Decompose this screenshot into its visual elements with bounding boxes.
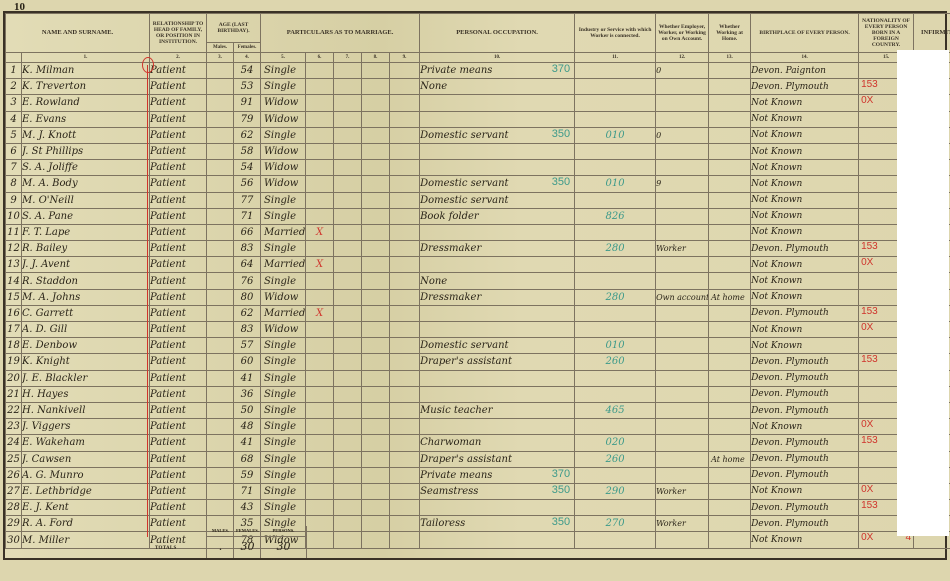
column-number: 13.	[709, 53, 751, 63]
birthplace-code: 153	[861, 500, 878, 511]
relationship: Patient	[150, 95, 207, 111]
working-at-home	[709, 63, 751, 79]
marriage-col-7	[334, 176, 362, 192]
column-number: 1.	[22, 53, 150, 63]
relationship: Patient	[150, 305, 207, 321]
working-at-home: At home	[709, 451, 751, 467]
age-female: 80	[234, 289, 261, 305]
row-number: 20	[6, 370, 22, 386]
marriage-col-9	[390, 257, 420, 273]
birthplace: Not Known	[751, 160, 859, 176]
marital-status: Single	[261, 386, 306, 402]
age-female: 56	[234, 176, 261, 192]
relationship: Patient	[150, 370, 207, 386]
relationship: Patient	[150, 224, 207, 240]
relationship: Patient	[150, 322, 207, 338]
row-number: 25	[6, 451, 22, 467]
age-male	[207, 95, 234, 111]
marriage-col-9	[390, 127, 420, 143]
header-employer: Whether Employer, Worker, or Working on …	[656, 14, 709, 53]
person-name: C. Garrett	[22, 305, 150, 321]
row-number: 13	[6, 257, 22, 273]
industry-code: 010	[575, 127, 656, 143]
age-female: 77	[234, 192, 261, 208]
row-number: 18	[6, 338, 22, 354]
header-nationality: NATIONALITY of every Person born in a Fo…	[859, 14, 914, 53]
age-female: 68	[234, 451, 261, 467]
marriage-mark: X	[306, 224, 334, 240]
marriage-col-8	[362, 176, 390, 192]
column-number: 9.	[390, 53, 420, 63]
working-at-home	[709, 111, 751, 127]
employment-status	[656, 224, 709, 240]
marriage-col-7	[334, 289, 362, 305]
birthplace: Devon. Plymouth	[751, 354, 859, 370]
marriage-col-7	[334, 338, 362, 354]
marital-status: Widow	[261, 95, 306, 111]
occupation: None	[420, 79, 575, 95]
header-at-home: Whether Working at Home.	[709, 14, 751, 53]
industry-code: 465	[575, 402, 656, 418]
column-number: 3.	[207, 53, 234, 63]
industry-code: 020	[575, 435, 656, 451]
employment-status	[656, 338, 709, 354]
marriage-col-9	[390, 338, 420, 354]
totals-persons-label: PERSONS.	[261, 526, 306, 537]
age-female: 41	[234, 435, 261, 451]
column-number: 5.	[261, 53, 306, 63]
occupation: Dressmaker	[420, 289, 575, 305]
age-male	[207, 305, 234, 321]
working-at-home	[709, 419, 751, 435]
working-at-home	[709, 143, 751, 159]
marriage-mark	[306, 79, 334, 95]
working-at-home	[709, 500, 751, 516]
marital-status: Widow	[261, 143, 306, 159]
person-name: K. Milman	[22, 63, 150, 79]
occupation: Dressmaker	[420, 241, 575, 257]
age-female: 62	[234, 127, 261, 143]
birthplace-text: Not Known	[751, 179, 802, 189]
marriage-mark	[306, 127, 334, 143]
marriage-col-8	[362, 257, 390, 273]
age-male	[207, 127, 234, 143]
column-number: 4.	[234, 53, 261, 63]
employment-status	[656, 370, 709, 386]
age-male	[207, 160, 234, 176]
person-name: E. Rowland	[22, 95, 150, 111]
age-male	[207, 289, 234, 305]
birthplace-text: Not Known	[751, 147, 802, 157]
occupation: None	[420, 273, 575, 289]
marriage-col-7	[334, 500, 362, 516]
birthplace-text: Not Known	[751, 130, 802, 140]
age-female: 76	[234, 273, 261, 289]
marriage-col-8	[362, 370, 390, 386]
age-male	[207, 322, 234, 338]
working-at-home	[709, 273, 751, 289]
age-male	[207, 354, 234, 370]
age-female: 36	[234, 386, 261, 402]
marriage-col-7	[334, 467, 362, 483]
relationship: Patient	[150, 176, 207, 192]
birthplace-code: 153	[861, 79, 878, 90]
marital-status: Single	[261, 192, 306, 208]
marriage-col-9	[390, 79, 420, 95]
marital-status: Single	[261, 483, 306, 499]
age-male	[207, 402, 234, 418]
marital-status: Single	[261, 500, 306, 516]
marriage-mark	[306, 63, 334, 79]
relationship: Patient	[150, 500, 207, 516]
occupation	[420, 419, 575, 435]
occupation	[420, 257, 575, 273]
occupation: Domestic servant	[420, 192, 575, 208]
employment-status	[656, 435, 709, 451]
marital-status: Single	[261, 338, 306, 354]
birthplace-code: 153	[861, 306, 878, 317]
marriage-col-8	[362, 95, 390, 111]
industry-code	[575, 273, 656, 289]
marriage-col-9	[390, 160, 420, 176]
birthplace-text: Not Known	[751, 114, 802, 124]
row-number: 12	[6, 241, 22, 257]
totals-section: TOTALS MALES. . FEMALES. 30 PERSONS. 30	[5, 526, 945, 558]
red-margin-line	[147, 65, 148, 537]
birthplace: Not Known	[751, 127, 859, 143]
occupation: Book folder	[420, 208, 575, 224]
marital-status: Single	[261, 208, 306, 224]
person-name: R. Staddon	[22, 273, 150, 289]
industry-code	[575, 160, 656, 176]
employment-status	[656, 273, 709, 289]
employment-status	[656, 402, 709, 418]
marital-status: Single	[261, 467, 306, 483]
occupation-text: Book folder	[420, 211, 479, 222]
industry-code	[575, 79, 656, 95]
person-name: E. Wakeham	[22, 435, 150, 451]
birthplace: Devon. Plymouth	[751, 79, 859, 95]
age-male	[207, 500, 234, 516]
marriage-col-9	[390, 111, 420, 127]
working-at-home	[709, 208, 751, 224]
marriage-mark	[306, 208, 334, 224]
row-number: 11	[6, 224, 22, 240]
age-male	[207, 273, 234, 289]
relationship: Patient	[150, 273, 207, 289]
birthplace: Devon. Paignton	[751, 63, 859, 79]
marriage-col-8	[362, 305, 390, 321]
occupation-code: 350	[552, 128, 570, 140]
occupation-code: 370	[552, 63, 570, 75]
marriage-col-8	[362, 322, 390, 338]
occupation-text: Draper's assistant	[420, 356, 512, 367]
occupation-text: Private means	[420, 470, 492, 481]
row-number: 9	[6, 192, 22, 208]
person-name: E. Evans	[22, 111, 150, 127]
occupation: Private means 370	[420, 467, 575, 483]
age-male	[207, 435, 234, 451]
totals-label: TOTALS	[155, 546, 177, 551]
marriage-col-8	[362, 192, 390, 208]
marriage-col-9	[390, 354, 420, 370]
infirmity-redacted-area	[897, 50, 949, 536]
employment-status	[656, 192, 709, 208]
marriage-col-8	[362, 483, 390, 499]
row-number: 5	[6, 127, 22, 143]
employment-status	[656, 111, 709, 127]
person-name: K. Knight	[22, 354, 150, 370]
person-name: M. O'Neill	[22, 192, 150, 208]
employment-status	[656, 451, 709, 467]
age-female: 62	[234, 305, 261, 321]
marriage-col-8	[362, 160, 390, 176]
person-name: F. T. Lape	[22, 224, 150, 240]
person-name: A. G. Munro	[22, 467, 150, 483]
industry-code	[575, 322, 656, 338]
birthplace-text: Devon. Plymouth	[751, 244, 829, 254]
marital-status: Widow	[261, 176, 306, 192]
occupation-text: Private means	[420, 65, 492, 76]
age-male	[207, 386, 234, 402]
marriage-mark	[306, 402, 334, 418]
marriage-mark	[306, 451, 334, 467]
marital-status: Widow	[261, 322, 306, 338]
marriage-col-7	[334, 111, 362, 127]
employment-status: Own account	[656, 289, 709, 305]
occupation-text: Draper's assistant	[420, 454, 512, 465]
person-name: E. J. Kent	[22, 500, 150, 516]
occupation: Domestic servant 350	[420, 127, 575, 143]
working-at-home	[709, 338, 751, 354]
person-name: M. A. Johns	[22, 289, 150, 305]
occupation-text: Seamstress	[420, 486, 478, 497]
industry-code	[575, 192, 656, 208]
marriage-mark: X	[306, 305, 334, 321]
occupation	[420, 500, 575, 516]
marriage-col-7	[334, 402, 362, 418]
age-male	[207, 370, 234, 386]
column-number: 12.	[656, 53, 709, 63]
age-female: 54	[234, 160, 261, 176]
employment-status	[656, 160, 709, 176]
marriage-col-9	[390, 483, 420, 499]
row-number: 24	[6, 435, 22, 451]
marriage-col-8	[362, 241, 390, 257]
marriage-col-9	[390, 176, 420, 192]
marriage-col-7	[334, 451, 362, 467]
marriage-mark	[306, 467, 334, 483]
column-number: 7.	[334, 53, 362, 63]
age-male	[207, 467, 234, 483]
column-number: 8.	[362, 53, 390, 63]
age-male	[207, 63, 234, 79]
marriage-mark: X	[306, 257, 334, 273]
occupation: Draper's assistant	[420, 451, 575, 467]
birthplace-text: Not Known	[751, 227, 802, 237]
marriage-col-9	[390, 402, 420, 418]
marriage-col-8	[362, 79, 390, 95]
marriage-mark	[306, 419, 334, 435]
marital-status: Single	[261, 79, 306, 95]
relationship: Patient	[150, 338, 207, 354]
industry-code	[575, 500, 656, 516]
employment-status	[656, 500, 709, 516]
working-at-home	[709, 95, 751, 111]
employment-status	[656, 322, 709, 338]
header-birthplace: BIRTHPLACE of every Person.	[751, 14, 859, 53]
marriage-col-9	[390, 451, 420, 467]
birthplace-text: Not Known	[751, 325, 802, 335]
marital-status: Widow	[261, 289, 306, 305]
birthplace: Devon. Plymouth	[751, 435, 859, 451]
relationship: Patient	[150, 111, 207, 127]
person-name: J. Cawsen	[22, 451, 150, 467]
marriage-col-9	[390, 386, 420, 402]
marriage-col-9	[390, 273, 420, 289]
marriage-col-8	[362, 435, 390, 451]
birthplace: Not Known	[751, 273, 859, 289]
row-number: 22	[6, 402, 22, 418]
birthplace-text: Devon. Plymouth	[751, 438, 829, 448]
occupation	[420, 305, 575, 321]
birthplace-text: Devon. Plymouth	[751, 389, 829, 399]
marriage-col-8	[362, 273, 390, 289]
age-female: 53	[234, 79, 261, 95]
marriage-col-9	[390, 192, 420, 208]
industry-code	[575, 370, 656, 386]
marriage-col-9	[390, 435, 420, 451]
age-male	[207, 224, 234, 240]
marriage-col-8	[362, 143, 390, 159]
marriage-col-7	[334, 419, 362, 435]
marriage-col-7	[334, 435, 362, 451]
age-female: 41	[234, 370, 261, 386]
occupation-text: Domestic servant	[420, 195, 508, 206]
employment-status	[656, 467, 709, 483]
age-female: 59	[234, 467, 261, 483]
birthplace-code: 0X	[861, 95, 873, 106]
row-number: 10	[6, 208, 22, 224]
marriage-col-9	[390, 95, 420, 111]
working-at-home	[709, 322, 751, 338]
occupation-text: Domestic servant	[420, 178, 508, 189]
occupation-text: Dressmaker	[420, 292, 481, 303]
row-number: 17	[6, 322, 22, 338]
marriage-mark	[306, 143, 334, 159]
person-name: H. Nankivell	[22, 402, 150, 418]
employment-status	[656, 305, 709, 321]
marriage-col-8	[362, 467, 390, 483]
marriage-mark	[306, 500, 334, 516]
marriage-col-9	[390, 322, 420, 338]
age-female: 54	[234, 63, 261, 79]
header-relationship: RELATIONSHIP to Head of Family, or Posit…	[150, 14, 207, 53]
industry-code: 260	[575, 354, 656, 370]
age-female: 60	[234, 354, 261, 370]
industry-code	[575, 386, 656, 402]
totals-females: FEMALES. 30	[233, 526, 261, 558]
industry-code: 280	[575, 289, 656, 305]
age-male	[207, 419, 234, 435]
marital-status: Married	[261, 257, 306, 273]
age-male	[207, 241, 234, 257]
marital-status: Single	[261, 127, 306, 143]
age-male	[207, 451, 234, 467]
industry-code	[575, 143, 656, 159]
age-female: 83	[234, 241, 261, 257]
employment-status	[656, 143, 709, 159]
column-number: 2.	[150, 53, 207, 63]
age-male	[207, 192, 234, 208]
person-name: A. D. Gill	[22, 322, 150, 338]
marriage-col-7	[334, 160, 362, 176]
birthplace-text: Devon. Plymouth	[751, 454, 829, 464]
marriage-col-8	[362, 111, 390, 127]
relationship: Patient	[150, 208, 207, 224]
age-female: 50	[234, 402, 261, 418]
marriage-col-7	[334, 143, 362, 159]
birthplace-code: 153	[861, 435, 878, 446]
employment-status: Worker	[656, 483, 709, 499]
row-number: 16	[6, 305, 22, 321]
industry-code: 290	[575, 483, 656, 499]
relationship: Patient	[150, 63, 207, 79]
marriage-mark	[306, 176, 334, 192]
marriage-mark	[306, 273, 334, 289]
relationship: Patient	[150, 451, 207, 467]
age-female: 43	[234, 500, 261, 516]
marriage-col-7	[334, 63, 362, 79]
employment-status	[656, 79, 709, 95]
working-at-home	[709, 402, 751, 418]
marriage-col-7	[334, 322, 362, 338]
relationship: Patient	[150, 483, 207, 499]
marriage-col-8	[362, 338, 390, 354]
marriage-col-7	[334, 192, 362, 208]
marriage-col-7	[334, 208, 362, 224]
column-number: 6.	[306, 53, 334, 63]
employment-status: Worker	[656, 241, 709, 257]
marital-status: Single	[261, 419, 306, 435]
industry-code	[575, 111, 656, 127]
marital-status: Widow	[261, 160, 306, 176]
working-at-home	[709, 176, 751, 192]
marriage-col-8	[362, 63, 390, 79]
birthplace-code: 153	[861, 241, 878, 252]
birthplace: Not Known	[751, 322, 859, 338]
birthplace-code: 153	[861, 354, 878, 365]
person-name: K. Treverton	[22, 79, 150, 95]
marital-status: Married	[261, 305, 306, 321]
person-name: J. St Phillips	[22, 143, 150, 159]
header-occupation: PERSONAL OCCUPATION.	[420, 14, 575, 53]
marriage-col-9	[390, 500, 420, 516]
age-male	[207, 208, 234, 224]
relationship: Patient	[150, 160, 207, 176]
marriage-col-8	[362, 289, 390, 305]
row-number: 19	[6, 354, 22, 370]
birthplace-text: Devon. Plymouth	[751, 308, 829, 318]
industry-code	[575, 257, 656, 273]
person-name: M. J. Knott	[22, 127, 150, 143]
person-name: J. Viggers	[22, 419, 150, 435]
totals-males-label: MALES.	[207, 526, 234, 537]
row-number: 3	[6, 95, 22, 111]
occupation-text: None	[420, 276, 447, 287]
row-number: 23	[6, 419, 22, 435]
industry-code	[575, 419, 656, 435]
